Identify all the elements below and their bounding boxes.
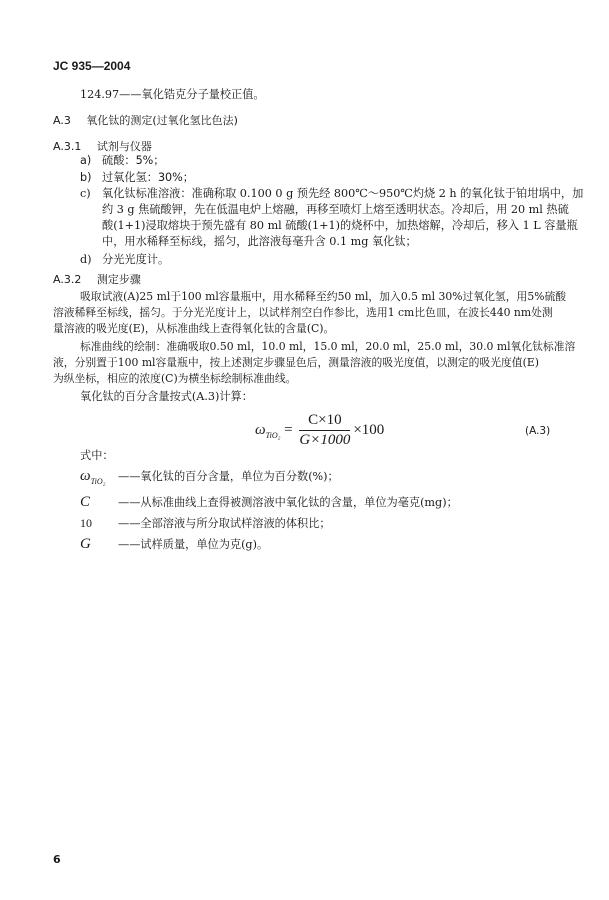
formula-a3: ωTiO₂ = C×10 G×1000 ×100	[255, 412, 384, 449]
procedure-paragraph: 吸取试液(A)25 ml于100 ml容量瓶中，用水稀释至约50 ml，加入0.…	[53, 289, 566, 337]
section-number: A.3.2	[53, 273, 81, 286]
definitions-list: ωTiO₂——氧化钛的百分含量，单位为百分数(%)； C——从标准曲线上查得被测…	[80, 466, 458, 555]
page-number: 6	[53, 853, 61, 866]
section-title: 测定步骤	[97, 273, 141, 286]
definition-item: 10——全部溶液与所分取试样溶液的体积比；	[80, 513, 458, 534]
standard-number-header: JC 935—2004	[53, 59, 130, 73]
formula-label: (A.3)	[525, 425, 550, 437]
section-title: 试剂与仪器	[97, 140, 152, 153]
list-item-a: a)硫酸：5%；	[80, 153, 165, 169]
list-item-c: c)氧化钛标准溶液：准确称取 0.100 0 g 预先经 800℃～950℃灼烧…	[80, 186, 583, 250]
definition-item: G——试样质量，单位为克(g)。	[80, 534, 458, 555]
where-label: 式中：	[80, 448, 114, 464]
intro-line: 124.97——氧化锆克分子量校正值。	[80, 87, 265, 103]
section-number: A.3	[53, 114, 71, 127]
section-a31-heading: A.3.1 试剂与仪器	[53, 138, 152, 154]
section-a32-heading: A.3.2 测定步骤	[53, 271, 141, 287]
section-number: A.3.1	[53, 140, 81, 153]
calculation-intro: 氧化钛的百分含量按式(A.3)计算：	[80, 389, 253, 405]
list-item-b: b)过氧化氢：30%；	[80, 170, 194, 186]
list-item-d: d)分光光度计。	[80, 252, 169, 268]
section-a3-heading: A.3 氧化钛的测定(过氧化氢比色法)	[53, 112, 238, 128]
calibration-paragraph: 标准曲线的绘制：准确吸取0.50 ml，10.0 ml，15.0 ml，20.0…	[53, 339, 575, 387]
section-title: 氧化钛的测定(过氧化氢比色法)	[86, 114, 238, 127]
definition-item: C——从标准曲线上查得被测溶液中氧化钛的含量，单位为毫克(mg)；	[80, 492, 458, 513]
definition-item: ωTiO₂——氧化钛的百分含量，单位为百分数(%)；	[80, 466, 458, 492]
fraction: C×10 G×1000	[299, 412, 350, 449]
